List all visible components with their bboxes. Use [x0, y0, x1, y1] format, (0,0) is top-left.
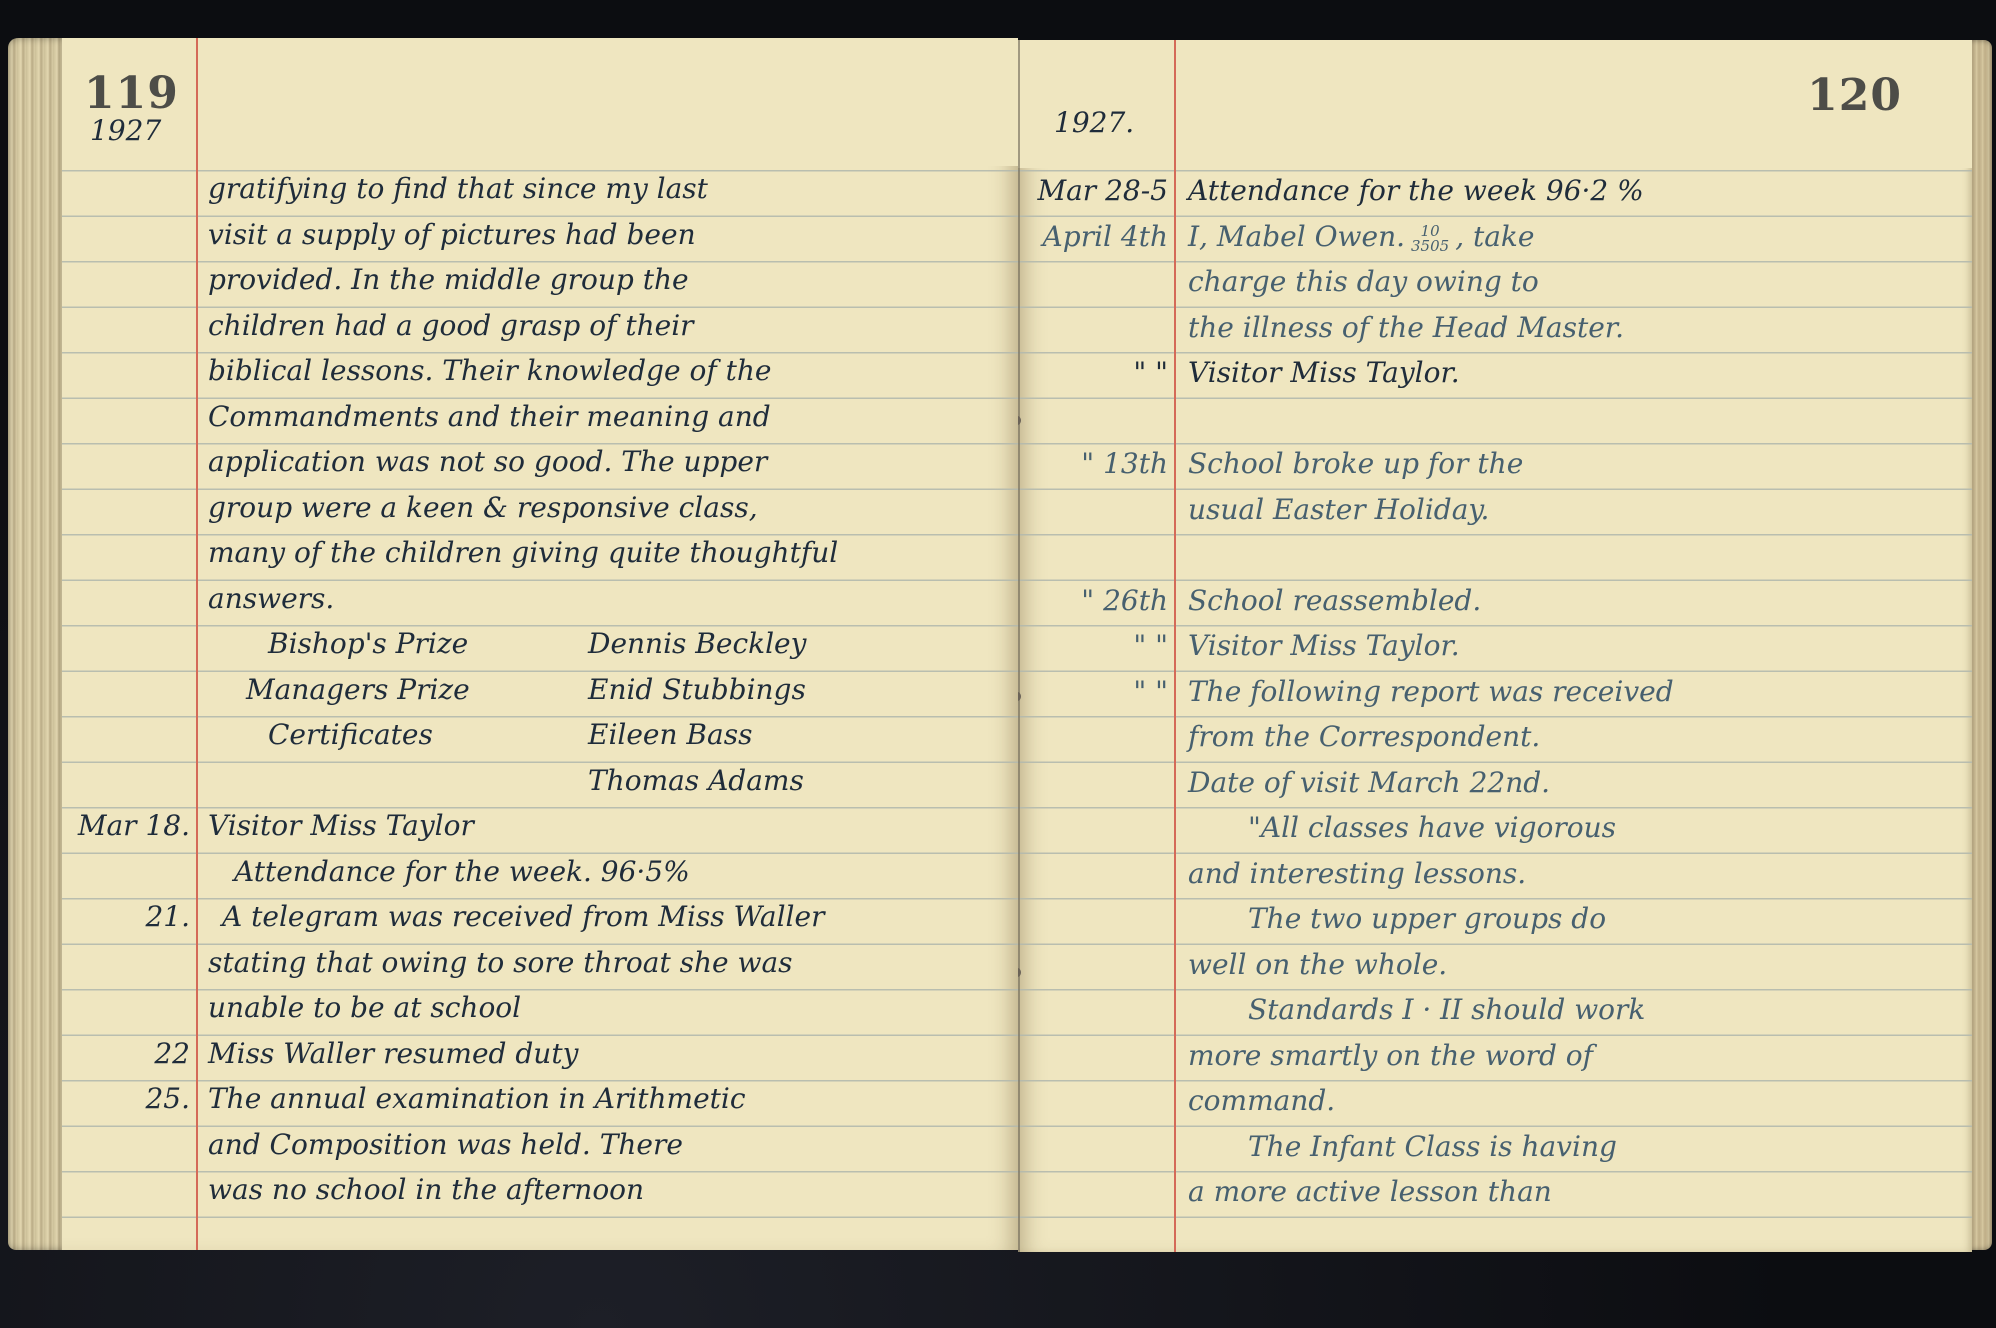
prize-row: Bishop's PrizeDennis Beckley	[62, 621, 1018, 667]
year-label: 1927.	[1054, 100, 1134, 146]
left-page-body: gratifying to find that since my last vi…	[62, 166, 1018, 1213]
page-number: 120	[1807, 70, 1902, 121]
entry-date: Mar 28-5	[1022, 168, 1168, 214]
entry-text: Miss Waller resumed duty	[208, 1031, 578, 1077]
log-entry: and interesting lessons.	[1018, 851, 1972, 897]
log-entry	[1018, 532, 1972, 578]
log-entry: charge this day owing to	[1018, 259, 1972, 305]
log-entry: stating that owing to sore throat she wa…	[62, 940, 1018, 986]
entry-date: Mar 18.	[62, 803, 190, 849]
log-entry: " "Visitor Miss Taylor.	[1018, 350, 1972, 396]
log-entry: The Infant Class is having	[1018, 1124, 1972, 1170]
log-entry: a more active lesson than	[1018, 1169, 1972, 1215]
log-entry: The two upper groups do	[1018, 896, 1972, 942]
log-entry: 25.The annual examination in Arithmetic	[62, 1076, 1018, 1122]
entry-text: A telegram was received from Miss Waller	[208, 894, 824, 940]
prize-recipient: Dennis Beckley	[588, 621, 806, 667]
entry-date: 22	[62, 1031, 190, 1077]
text-line: many of the children giving quite though…	[62, 530, 1018, 576]
text-line: application was not so good. The upper	[62, 439, 1018, 485]
prize-recipient: Enid Stubbings	[588, 667, 806, 713]
year-label: 1927	[90, 108, 161, 154]
entry-text: was no school in the afternoon	[208, 1167, 644, 1213]
prize-row: CertificatesEileen Bass	[62, 712, 1018, 758]
text-line: provided. In the middle group the	[62, 257, 1018, 303]
prize-recipient: Thomas Adams	[588, 758, 804, 804]
log-entry: Attendance for the week. 96·5%	[62, 849, 1018, 895]
log-entry: unable to be at school	[62, 985, 1018, 1031]
text-line: biblical lessons. Their knowledge of the	[62, 348, 1018, 394]
entry-date: 25.	[62, 1076, 190, 1122]
log-entry: from the Correspondent.	[1018, 714, 1972, 760]
prize-award: Certificates	[268, 712, 588, 758]
log-entry: was no school in the afternoon	[62, 1167, 1018, 1213]
log-entry: 21.A telegram was received from Miss Wal…	[62, 894, 1018, 940]
log-entry: Standards I · II should work	[1018, 987, 1972, 1033]
log-entry: more smartly on the word of	[1018, 1033, 1972, 1079]
entry-date: 21.	[62, 894, 190, 940]
log-entry: " 13thSchool broke up for the	[1018, 441, 1972, 487]
text-line: answers.	[62, 576, 1018, 622]
left-page: 119 1927 gratifying to find that since m…	[62, 38, 1018, 1250]
text-line: Commandments and their meaning and	[62, 394, 1018, 440]
log-entry: Mar 28-5Attendance for the week 96·2 %	[1018, 168, 1972, 214]
log-entry: usual Easter Holiday.	[1018, 487, 1972, 533]
log-entry: and Composition was held. There	[62, 1122, 1018, 1168]
text-line: group were a keen & responsive class,	[62, 485, 1018, 531]
right-page-edges	[1970, 40, 1992, 1250]
left-page-edges	[8, 38, 64, 1250]
entry-text: unable to be at school	[208, 985, 521, 1031]
log-entry: 22Miss Waller resumed duty	[62, 1031, 1018, 1077]
log-entry	[1018, 396, 1972, 442]
log-entry: command.	[1018, 1078, 1972, 1124]
right-page: 120 1927. Mar 28-5Attendance for the wee…	[1018, 40, 1972, 1252]
log-entry: " 26thSchool reassembled.	[1018, 578, 1972, 624]
log-entry: Date of visit March 22nd.	[1018, 760, 1972, 806]
prize-recipient: Eileen Bass	[588, 712, 752, 758]
prize-award: Bishop's Prize	[268, 621, 588, 667]
prize-award: Managers Prize	[246, 667, 588, 713]
text-line: children had a good grasp of their	[62, 303, 1018, 349]
text-line: gratifying to find that since my last	[62, 166, 1018, 212]
log-entry: " "Visitor Miss Taylor.	[1018, 623, 1972, 669]
log-entry: " "The following report was received	[1018, 669, 1972, 715]
log-entry: "All classes have vigorous	[1018, 805, 1972, 851]
log-entry: the illness of the Head Master.	[1018, 305, 1972, 351]
log-entry: April 4th I, Mabel Owen.103505, take	[1018, 214, 1972, 260]
text-line: visit a supply of pictures had been	[62, 212, 1018, 258]
entry-text: I, Mabel Owen.103505, take	[1188, 214, 1534, 260]
entry-text: Attendance for the week. 96·5%	[208, 849, 690, 895]
entry-text: Visitor Miss Taylor	[208, 803, 474, 849]
prize-row: Managers PrizeEnid Stubbings	[62, 667, 1018, 713]
teacher-number-fraction: 103505	[1411, 224, 1449, 253]
log-entry: well on the whole.	[1018, 942, 1972, 988]
entry-text: and Composition was held. There	[208, 1122, 683, 1168]
right-page-body: Mar 28-5Attendance for the week 96·2 % A…	[1018, 168, 1972, 1215]
log-entry: Mar 18.Visitor Miss Taylor	[62, 803, 1018, 849]
entry-date: April 4th	[1022, 214, 1168, 260]
entry-text: Attendance for the week 96·2 %	[1188, 168, 1644, 214]
entry-text: stating that owing to sore throat she wa…	[208, 940, 793, 986]
prize-row: Thomas Adams	[62, 758, 1018, 804]
entry-text: The annual examination in Arithmetic	[208, 1076, 746, 1122]
prize-award	[268, 758, 588, 804]
